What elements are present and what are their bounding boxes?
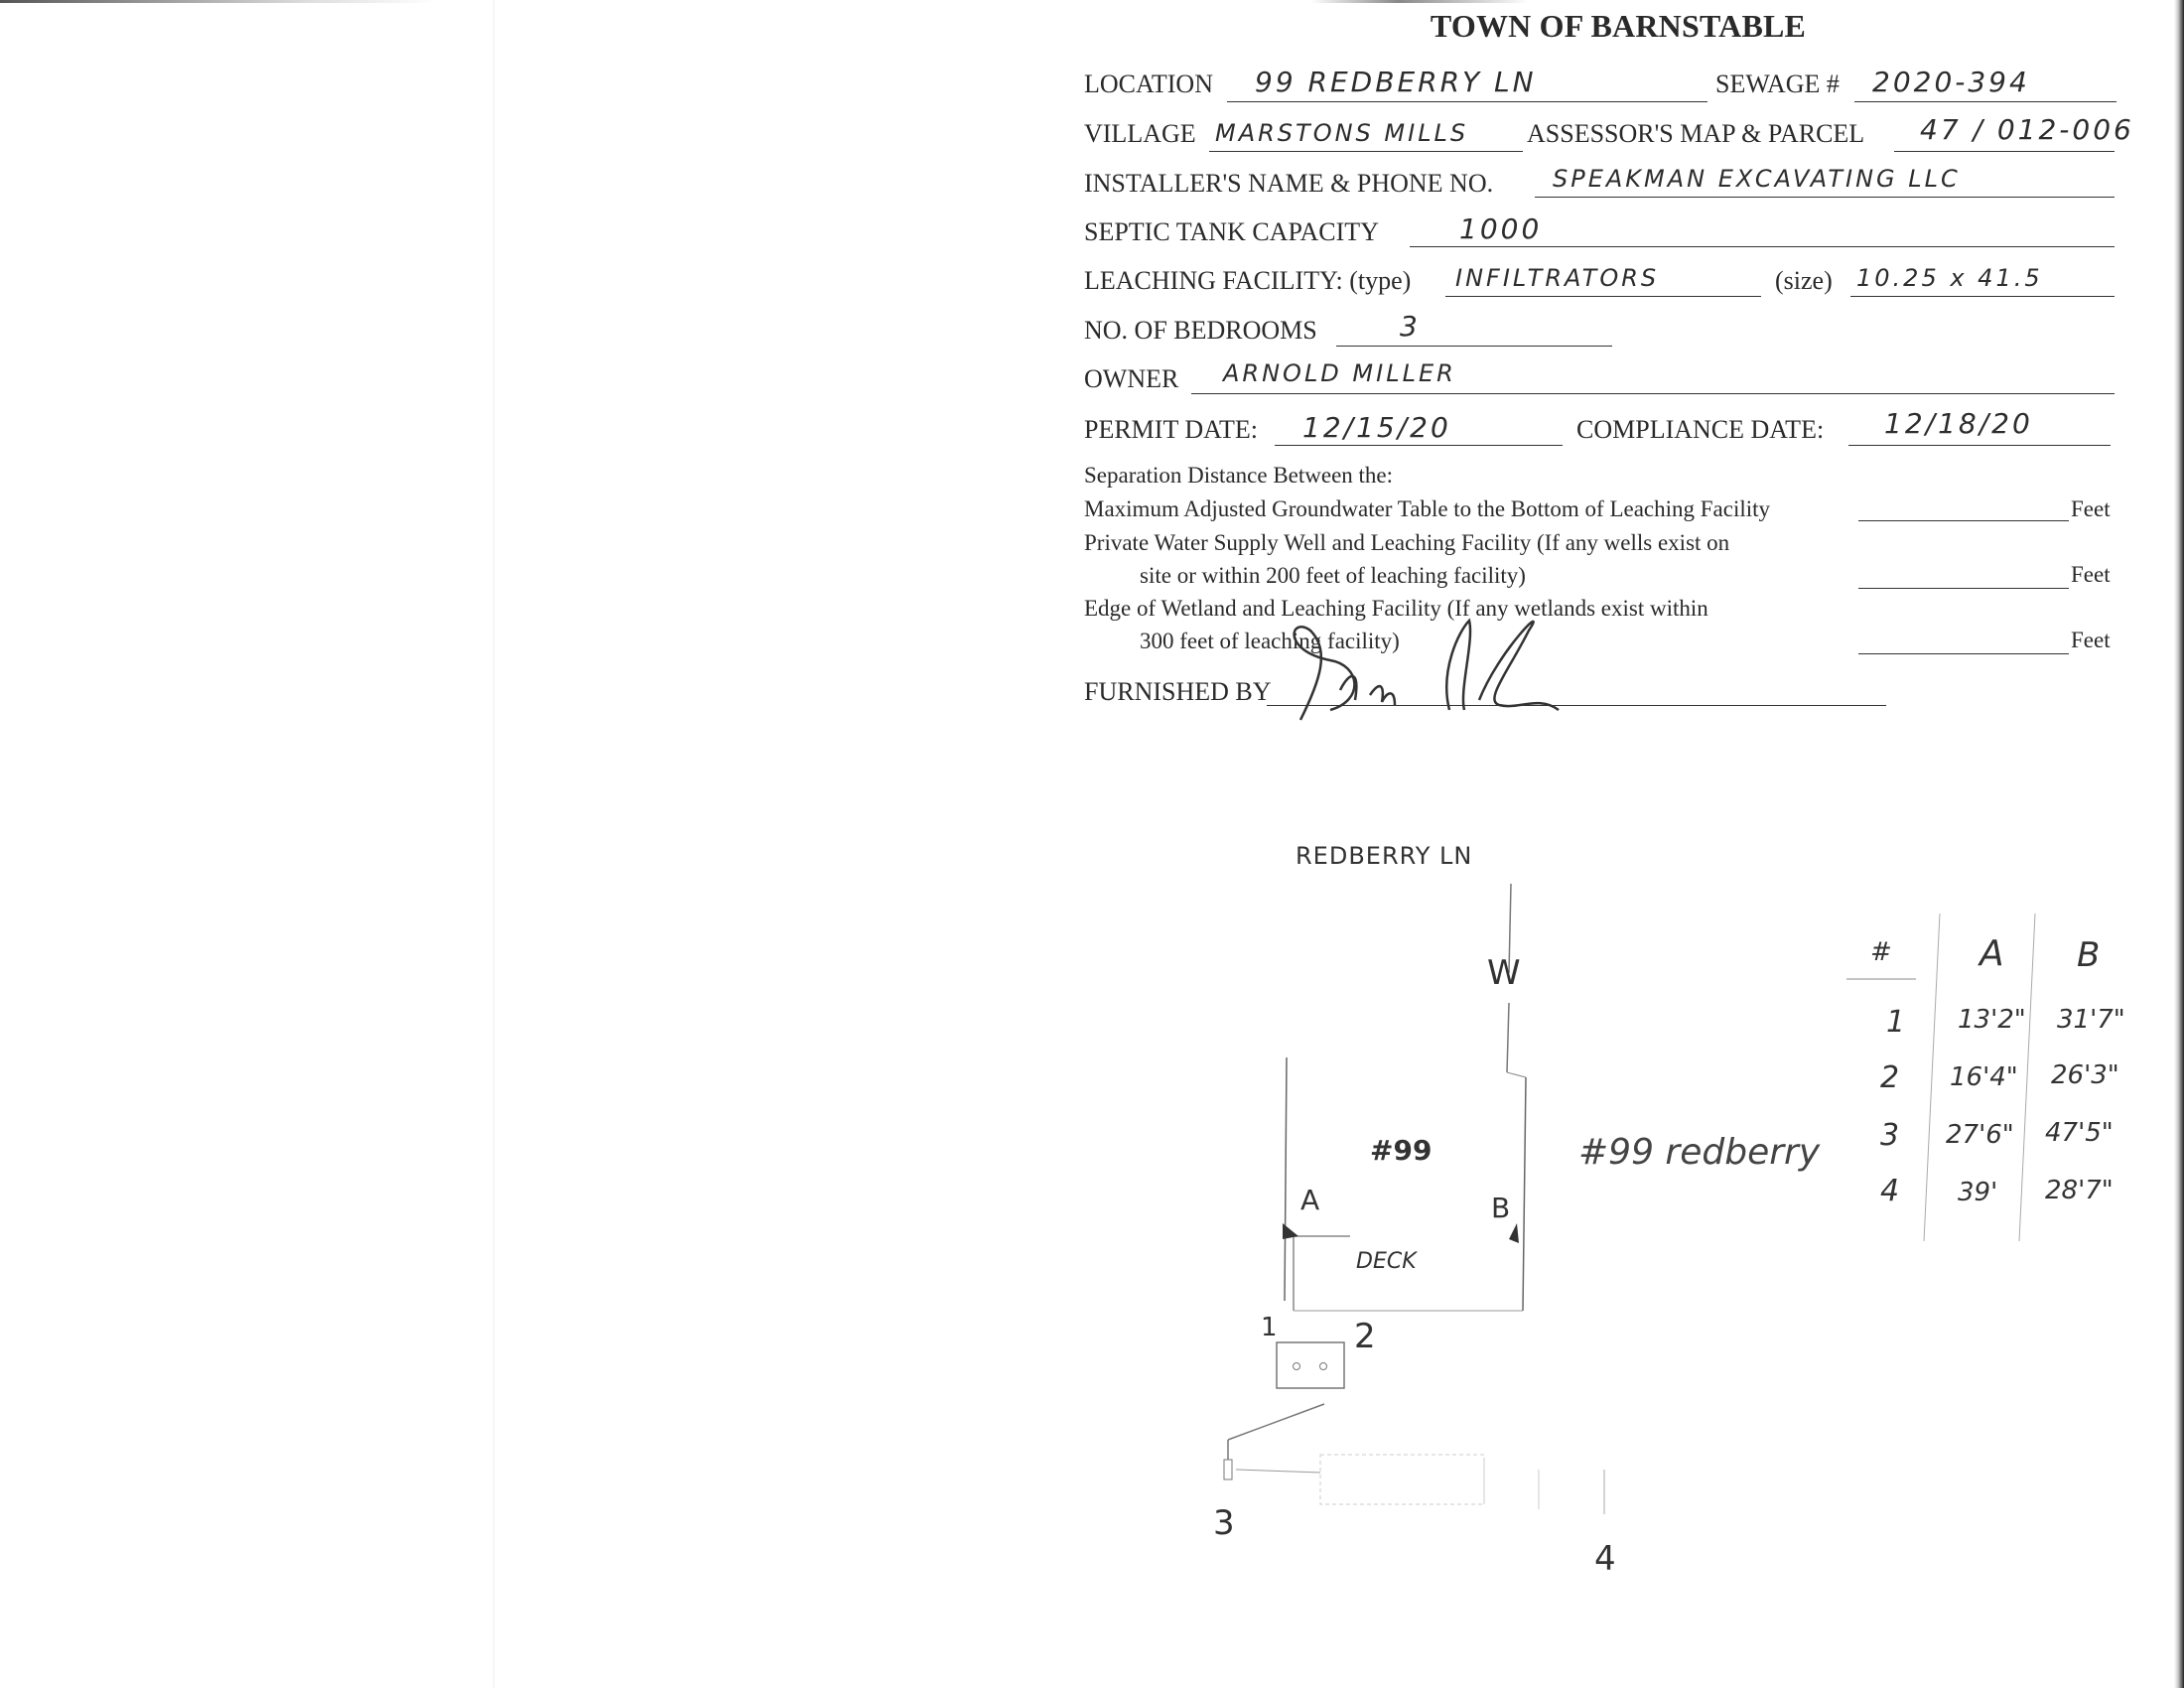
bedrooms-field[interactable]: 3 [1336,316,1612,347]
table-cell-a: 39' [1958,1178,1997,1207]
septic-capacity-value: 1000 [1459,212,1542,245]
separation-well-field[interactable] [1858,562,2069,589]
septic-capacity-field[interactable]: 1000 [1410,216,2115,247]
leaching-type-value: INFILTRATORS [1455,264,1659,292]
owner-value: ARNOLD MILLER [1223,359,1456,387]
permit-date-label: PERMIT DATE: [1084,415,1258,445]
sketch-house-label: #99 [1370,1134,1432,1167]
corner-b-marker [1509,1223,1519,1243]
sewage-label: SEWAGE # [1715,70,1840,99]
sewage-field[interactable]: 2020-394 [1854,71,2116,102]
compliance-date-field[interactable]: 12/18/20 [1848,415,2111,446]
sketch-corner-a-label: A [1300,1184,1319,1216]
table-cell-a: 27'6" [1946,1120,2014,1150]
table-header-number: # [1870,937,1892,967]
leaching-type-field[interactable]: INFILTRATORS [1445,266,1761,297]
page-fold-line [493,0,494,1688]
leaching-size-field[interactable]: 10.25 x 41.5 [1850,266,2115,297]
permit-date-value: 12/15/20 [1302,411,1451,444]
assessor-field[interactable]: 47 / 012-006 [1894,121,2115,152]
table-cell-number: 1 [1886,1005,1905,1040]
table-header-a: A [1979,933,2004,974]
separation-well-unit: Feet [2071,562,2111,588]
leaching-type-label: LEACHING FACILITY: (type) [1084,266,1411,296]
compliance-date-value: 12/18/20 [1884,407,2033,440]
location-value: 99 REDBERRY LN [1255,66,1537,98]
sketch-point-4: 4 [1594,1539,1616,1579]
bedrooms-label: NO. OF BEDROOMS [1084,316,1317,346]
permit-date-field[interactable]: 12/15/20 [1275,415,1563,446]
table-cell-b: 26'3" [2051,1060,2119,1090]
sketch-street-label: REDBERRY LN [1296,842,1472,870]
separation-heading: Separation Distance Between the: [1084,463,1393,489]
location-label: LOCATION [1084,70,1213,99]
installer-label: INSTALLER'S NAME & PHONE NO. [1084,169,1493,199]
separation-groundwater-unit: Feet [2071,496,2111,522]
table-cell-a: 16'4" [1950,1062,2018,1092]
table-header-b: B [2077,935,2100,975]
tie-measurement-table: # A B 1 13'2" 31'7" 2 16'4" 26'3" 3 27'6… [1846,914,2144,1241]
compliance-date-label: COMPLIANCE DATE: [1576,415,1824,445]
village-field[interactable]: MARSTONS MILLS [1209,121,1523,152]
scan-right-edge [2174,0,2184,1688]
furnished-by-label: FURNISHED BY [1084,677,1272,707]
sketch-point-3: 3 [1213,1503,1235,1543]
leaching-size-label: (size) [1775,266,1833,296]
sewage-value: 2020-394 [1872,66,2030,98]
table-cell-b: 47'5" [2045,1118,2114,1148]
table-cell-number: 2 [1880,1060,1899,1095]
separation-well-text-1: Private Water Supply Well and Leaching F… [1084,530,1729,556]
village-value: MARSTONS MILLS [1215,119,1468,147]
sketch-point-2: 2 [1354,1317,1376,1356]
sketch-deck-label: DECK [1356,1249,1417,1274]
installer-field[interactable]: SPEAKMAN EXCAVATING LLC [1535,167,2115,198]
table-cell-number: 4 [1880,1174,1899,1208]
owner-label: OWNER [1084,364,1178,394]
village-label: VILLAGE [1084,119,1196,149]
assessor-label: ASSESSOR'S MAP & PARCEL [1527,119,1864,149]
separation-well-text-2: site or within 200 feet of leaching faci… [1140,563,1526,589]
table-cell-b: 28'7" [2045,1176,2114,1205]
sketch-house-note: #99 redberry [1578,1132,1820,1173]
form-title: TOWN OF BARNSTABLE [1410,8,1827,45]
separation-groundwater-text: Maximum Adjusted Groundwater Table to th… [1084,496,1770,522]
installer-value: SPEAKMAN EXCAVATING LLC [1553,165,1961,193]
separation-groundwater-field[interactable] [1858,494,2069,521]
sketch-corner-b-label: B [1491,1192,1510,1224]
assessor-value: 47 / 012-006 [1920,113,2134,146]
separation-wetland-unit: Feet [2071,628,2111,653]
table-cell-number: 3 [1880,1118,1899,1153]
separation-wetland-field[interactable] [1858,628,2069,654]
leaching-size-value: 10.25 x 41.5 [1856,264,2043,292]
location-field[interactable]: 99 REDBERRY LN [1227,71,1707,102]
owner-field[interactable]: ARNOLD MILLER [1191,363,2115,394]
signature-icon [1271,611,1648,730]
septic-capacity-label: SEPTIC TANK CAPACITY [1084,217,1379,247]
table-cell-a: 13'2" [1958,1005,2026,1035]
scan-top-edge [0,0,2184,3]
table-cell-b: 31'7" [2057,1005,2125,1035]
sketch-well-label: W [1487,953,1521,993]
sketch-point-1: 1 [1261,1313,1278,1342]
bedrooms-value: 3 [1400,310,1421,343]
